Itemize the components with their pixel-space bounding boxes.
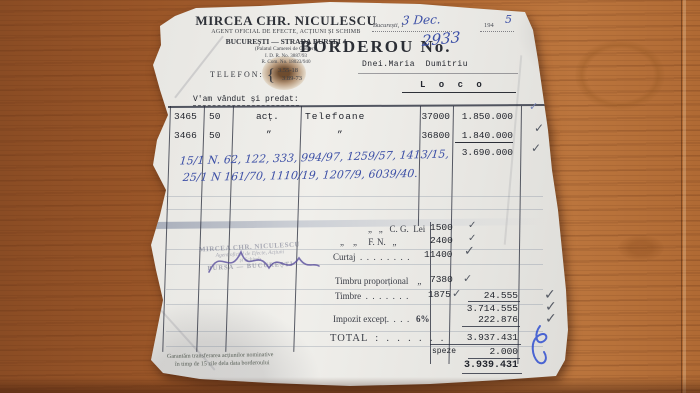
ruled-line [166, 209, 543, 210]
year-handwritten: 5 [505, 13, 512, 26]
ink-paraph-icon [526, 322, 554, 370]
quantity: 50 [209, 130, 220, 141]
ruled-line [166, 196, 543, 197]
paper-shadow-wrap: MIRCEA CHR. NICULESCU AGENT OFICIAL DE E… [0, 0, 700, 393]
photo-of-borderou-document: MIRCEA CHR. NICULESCU AGENT OFICIAL DE E… [0, 0, 700, 393]
checkmark-icon: ✓ [463, 272, 472, 285]
table-column-line [196, 106, 205, 352]
quantity: 50 [209, 111, 220, 122]
speze-value: 2.000 [466, 346, 518, 357]
shares-subtotal: 3.690.000 [455, 147, 513, 158]
fee-label-curtaj: Curtaj . . . . . . . . [333, 252, 410, 262]
checkmark-icon: ✓ [464, 244, 475, 259]
sum-rule [468, 301, 520, 302]
security-kind: acț. [256, 111, 279, 122]
security-number: 3466 [174, 130, 197, 141]
telephone-label: TELEFON: [210, 70, 264, 79]
speze-label: speze [432, 347, 456, 356]
fee-label-cg: „ „ C. G. Lei [368, 224, 425, 234]
table-edge-shadow [0, 377, 700, 393]
fee-value-fn: 2400 [430, 235, 450, 246]
checkmark-icon: ✓ [468, 220, 476, 231]
security-name: Telefoane [305, 111, 365, 122]
recipient-rule [358, 73, 518, 74]
ditto-mark: ” [266, 129, 272, 140]
grand-total: 3.939.431 [458, 360, 518, 371]
checkmark-icon: ✓ [534, 121, 544, 135]
date-handwritten: 3 Dec. [401, 12, 441, 27]
document-number-handwritten: 2933 [422, 28, 461, 50]
signature-scribble [203, 240, 323, 285]
checkmark-icon: ✓ [468, 233, 476, 244]
fee-label-timbre: Timbre . . . . . . . [335, 291, 408, 301]
footer-fine-print-2: în timp de 15 zile dela data borderoului [175, 360, 270, 368]
tax-value: 222.876 [460, 314, 518, 325]
amount: 1.850.000 [455, 111, 513, 122]
security-number: 3465 [174, 111, 197, 122]
fee-label-fn: „ „ F. N. „ [340, 237, 397, 247]
letterhead-registration-2: R. Com. No. 18023/940 [196, 59, 376, 64]
total-label: TOTAL : . . . . . . [330, 333, 444, 344]
recipient-name: Dnei.Maria Dumitriu [362, 60, 468, 69]
borderou-paper: MIRCEA CHR. NICULESCU AGENT OFICIAL DE E… [0, 0, 700, 393]
speze-top-rule [430, 344, 521, 345]
destination-loco: L o c o [420, 80, 486, 90]
year-printed: 194 [484, 22, 494, 29]
checkmark-icon: ✓ [529, 100, 538, 113]
tax-rate: 6% [416, 314, 430, 324]
year-rule [480, 31, 514, 32]
telephone-block: TELEFON: { 3.55-18 3.89-73 [210, 66, 302, 83]
handwritten-note-line2: 25/1 N 161/70, 1110/19, 1207/9, 6039/40. [182, 167, 418, 184]
total-value: 3.937.431 [458, 332, 518, 343]
letterhead-name: MIRCEA CHR. NICULESCU [180, 13, 392, 29]
paper-fold-line [150, 218, 545, 229]
table-column-line [293, 106, 302, 352]
sum-rule [462, 373, 522, 374]
destination-rule [402, 92, 516, 93]
ditto-mark: ” [337, 129, 343, 140]
unit-price: 37000 [418, 111, 450, 122]
fee-value-cg: 1500 [430, 222, 450, 233]
sum-rule [468, 358, 520, 359]
fees-sum: 24.555 [460, 290, 518, 301]
table-column-line [225, 106, 234, 352]
intro-line: V'am vândut și predat: [193, 95, 299, 106]
telephone-number-1: 3.55-18 [278, 67, 302, 74]
checkmark-icon: ✓ [531, 141, 541, 155]
unit-price: 36800 [418, 130, 450, 141]
telephone-number-2: 3.89-73 [282, 75, 302, 82]
fee-label-timbru: Timbru proporțional „ [335, 276, 421, 286]
amount-underlined: 1.840.000 [455, 130, 513, 143]
running-total: 3.714.555 [458, 303, 518, 314]
handwritten-note-line1: 15/1 N. 62, 122, 333, 994/97, 1259/57, 1… [179, 147, 449, 167]
tax-label: Impozit excepț. . . . [333, 314, 409, 324]
fee-value-curtaj: 11400 [424, 249, 450, 260]
city-date-printed: București, 1 [373, 22, 404, 29]
footer-fine-print-1: Garantăm transferarea acțiunilor nominat… [167, 352, 274, 360]
fee-value-timbru: 7380 [430, 274, 450, 285]
fee-value-timbre: 1875 [428, 289, 450, 300]
letterhead-tagline: AGENT OFICIAL DE EFECTE, ACȚIUNI ȘI SCHI… [180, 29, 392, 35]
telephone-brace: { [267, 66, 275, 83]
sum-rule [462, 326, 520, 327]
